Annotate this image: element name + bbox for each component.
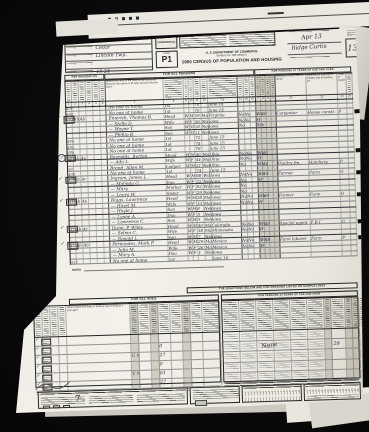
cell-rel: Head xyxy=(166,174,186,179)
column-header-microprint xyxy=(164,79,182,99)
sample-header-microprint xyxy=(346,299,351,327)
sample-cell xyxy=(151,343,159,351)
census-page: IowaCedarLincoln Twp.16-24 CONFIDENTIAL … xyxy=(0,0,369,432)
cell-cl xyxy=(341,213,350,218)
cell-cl xyxy=(340,164,349,169)
option-cell-microprint xyxy=(242,353,256,358)
column-header-microprint xyxy=(271,76,274,95)
column-question: What kind of business or industry was he… xyxy=(306,73,336,84)
sample-column-header xyxy=(239,300,257,330)
sample-header-microprint xyxy=(257,301,272,329)
cell-bp: Iowa xyxy=(212,216,242,221)
sample-cell xyxy=(191,351,203,359)
cell-sex: F xyxy=(192,201,195,206)
pencil-checkmark: ✓ xyxy=(59,198,63,204)
cell-ind xyxy=(310,186,341,191)
cell-cl xyxy=(339,120,348,125)
cell-rel: Wife xyxy=(166,158,175,163)
sample-option-cell xyxy=(224,352,241,362)
cell-rel: Head xyxy=(166,152,186,157)
cell-ind xyxy=(308,136,339,141)
sample-column-header xyxy=(202,301,221,332)
sample-cell xyxy=(51,346,59,354)
sample-header-microprint xyxy=(191,303,201,331)
sample-option-cell xyxy=(241,372,258,382)
cell-bp: Ohio xyxy=(210,161,240,166)
cell-cl xyxy=(339,136,348,141)
cell-age: 38 xyxy=(197,195,202,200)
cell-ind: F B I xyxy=(311,218,342,223)
cell-rel: Son xyxy=(165,130,173,135)
cell-cl: P xyxy=(338,109,341,114)
cell-cl: G xyxy=(342,218,351,223)
sample-cell xyxy=(204,377,222,386)
cell-bp: Ohio xyxy=(210,150,240,155)
cell-race: W xyxy=(187,212,191,217)
cell-rel: Wife xyxy=(165,119,185,124)
option-cell-microprint xyxy=(276,352,290,357)
cell-ind xyxy=(311,224,342,229)
sample-column-header xyxy=(290,299,308,329)
cell-ind xyxy=(307,104,338,109)
sample-option-cell xyxy=(361,368,369,378)
cell-sex: M xyxy=(190,130,194,135)
cell-name: No one at home xyxy=(111,256,169,262)
sample-header-microprint xyxy=(131,305,137,333)
cell-x xyxy=(348,131,354,136)
cell-bp: Iowa xyxy=(211,189,241,194)
cell-x xyxy=(350,185,356,190)
cell-x xyxy=(350,202,356,207)
cell-race: W xyxy=(186,163,190,168)
cell-ind xyxy=(309,147,340,152)
column-header-microprint xyxy=(256,77,259,96)
cell-x xyxy=(350,191,356,196)
sample-header-microprint xyxy=(360,298,369,326)
cell-age: 46 xyxy=(196,152,201,157)
cell-sex: F xyxy=(191,157,194,162)
cell-age: 33 xyxy=(197,201,202,206)
footer-microprint xyxy=(307,394,359,400)
sample-option-cell xyxy=(258,372,275,382)
cell-mar: Ma xyxy=(205,222,212,227)
scanned-census-sheet: IowaCedarLincoln Twp.16-24 CONFIDENTIAL … xyxy=(0,0,369,432)
sample-option-cell xyxy=(275,371,292,381)
sample-option-cell xyxy=(292,371,309,381)
cell-cl: P xyxy=(342,235,351,240)
cell-bp: Iowa xyxy=(211,194,241,199)
cell-occ: Special agent xyxy=(280,219,311,224)
cell-race: W xyxy=(188,223,192,228)
sample-header-microprint xyxy=(59,307,65,335)
caption-microprint xyxy=(290,56,330,59)
sample-column-header xyxy=(138,303,151,333)
cell-x xyxy=(351,245,357,250)
cell-rel: Wife xyxy=(168,245,177,250)
sample-cell xyxy=(184,351,192,359)
pencil-checkmark: ✓ xyxy=(35,338,39,343)
cell-x xyxy=(348,114,354,119)
cell-cl xyxy=(338,103,347,108)
cell-mar: Ma xyxy=(205,228,212,233)
punch-dot xyxy=(363,366,366,369)
cell-cl xyxy=(340,180,349,185)
sample-column-header xyxy=(190,302,203,332)
cell-x xyxy=(349,152,355,157)
sample-cell: 0 xyxy=(159,334,171,342)
cell-mar: Ma xyxy=(204,195,211,200)
sample-header-microprint xyxy=(325,299,330,327)
sample-cell: 0 xyxy=(160,352,172,360)
sample-cell xyxy=(52,355,60,363)
cell-x xyxy=(349,180,355,185)
cell-age: 78 xyxy=(195,146,200,151)
cell-rel: Head xyxy=(168,239,188,244)
column-header-microprint xyxy=(208,77,236,97)
sample-column-header xyxy=(158,303,171,333)
column-question: Class of worker xyxy=(337,73,345,83)
cell-e1: H xyxy=(257,117,261,122)
confidential-label: CONFIDENTIAL xyxy=(157,41,176,45)
cell-ind xyxy=(310,180,341,185)
cell-m2: As xyxy=(81,155,86,160)
punch-dot xyxy=(363,354,366,357)
cell-race: W xyxy=(188,239,192,244)
cell-bp: Iowa xyxy=(210,172,240,177)
cell-cl: O xyxy=(340,169,349,174)
sample-cell xyxy=(140,361,152,369)
cell-x xyxy=(351,240,357,245)
sample-cell: U h xyxy=(131,344,139,352)
cell-bp: Iowa xyxy=(209,128,239,133)
cell-x xyxy=(349,174,355,179)
column-question: What kind of work was he doing? xyxy=(275,74,305,82)
cell-x xyxy=(348,125,354,130)
sample-cell xyxy=(151,334,159,342)
cell-occ xyxy=(278,148,309,153)
cell-race: W xyxy=(187,190,191,195)
option-cell-microprint xyxy=(310,351,324,356)
cell-occ xyxy=(279,208,310,213)
cell-rel: 1st xyxy=(164,108,184,113)
cell-rel: 1st xyxy=(164,103,184,108)
cell-sex: F xyxy=(192,190,195,195)
cell-x xyxy=(350,207,356,212)
sample-cell xyxy=(140,379,152,387)
cell-rel: Dau xyxy=(169,251,177,256)
cell-occ xyxy=(277,116,308,121)
cell-bp: Minnesota xyxy=(212,227,242,232)
cell-bp: June 16 xyxy=(213,255,229,260)
sample-cell: 27 xyxy=(160,370,172,378)
cell-rel: Son xyxy=(165,125,173,130)
column-header-microprint xyxy=(244,77,248,96)
instruction-microprint xyxy=(181,35,226,47)
edge-tab-mark xyxy=(357,192,363,196)
sample-cell: V h xyxy=(132,362,140,370)
cell-age: 29 xyxy=(198,239,203,244)
cell-age: 72 xyxy=(195,135,200,140)
cell-e1: H xyxy=(259,199,263,204)
sample-left-table: What country and State or Territory was … xyxy=(33,300,221,387)
edge-tab-mark xyxy=(358,235,364,239)
cell-age: 29 xyxy=(197,190,202,195)
cell-e1: H xyxy=(258,177,262,182)
cell-ind xyxy=(312,251,343,256)
cell-cl xyxy=(338,98,347,103)
field-caption-microprint xyxy=(67,70,93,73)
cell-age: 74 xyxy=(195,141,200,146)
notes-rule xyxy=(84,267,224,272)
sample-row-stamp xyxy=(41,347,51,354)
cell-occ: Farmer xyxy=(278,170,309,175)
footer-grid xyxy=(245,396,300,402)
cell-bp: Iowa xyxy=(209,118,239,123)
cell-x xyxy=(351,229,357,234)
cell-race: W xyxy=(189,250,193,255)
sample-cell xyxy=(184,369,192,377)
sample-option-cell xyxy=(361,358,369,368)
cell-cl xyxy=(341,185,350,190)
sample-header-microprint xyxy=(151,304,157,332)
sample-option-cell xyxy=(333,359,347,369)
sample-option-cell xyxy=(292,350,309,360)
cell-bp: Iowa xyxy=(211,183,241,188)
column-header-microprint xyxy=(347,74,351,93)
pencil-scribble xyxy=(33,377,73,394)
sample-cell xyxy=(171,343,183,351)
sample-option-cell xyxy=(275,361,292,371)
column-header-microprint xyxy=(184,79,187,98)
sample-option-cell xyxy=(309,370,326,380)
sample-right-table: None29 xyxy=(221,296,360,382)
sample-cell xyxy=(140,370,152,378)
field-caption-microprint xyxy=(66,39,92,42)
footer-shaded-cell xyxy=(195,400,207,406)
cell-occ xyxy=(279,187,310,192)
sample-cell xyxy=(152,379,160,387)
cell-name: No one at home xyxy=(111,258,148,264)
cell-ind xyxy=(308,131,339,136)
cell-bp: Colorado xyxy=(212,221,242,226)
cell-age: 74 xyxy=(196,168,201,173)
option-cell-microprint xyxy=(241,333,255,338)
column-header xyxy=(346,73,353,94)
cell-race: W xyxy=(184,114,188,119)
cell-rel: Son xyxy=(165,125,185,130)
cell-rel: Dau xyxy=(169,250,189,255)
cell-e1: H xyxy=(260,243,264,248)
sample-option-cell xyxy=(360,348,369,358)
column-question: What is the name of the head of this hou… xyxy=(105,79,162,90)
cell-x xyxy=(350,213,356,218)
sample-column-header xyxy=(331,298,346,328)
cell-bp: Iowa xyxy=(211,205,241,210)
sample-option-cell xyxy=(308,329,325,339)
cell-bp: June 15 xyxy=(209,134,239,139)
cell-x xyxy=(352,251,358,256)
cell-ind xyxy=(311,240,342,245)
sample-cell xyxy=(192,360,204,368)
cell-bp: June 14 xyxy=(208,107,238,112)
sample-cell xyxy=(132,371,140,379)
sample-cell xyxy=(152,352,160,360)
column-header-microprint xyxy=(93,82,98,101)
cell-cl xyxy=(340,174,349,179)
column-header-microprint xyxy=(72,82,77,101)
cell-sex: M xyxy=(191,163,195,168)
cell-ind xyxy=(309,164,340,169)
cell-sex: M xyxy=(192,206,196,211)
cell-x xyxy=(347,103,353,108)
column-header-microprint xyxy=(100,81,104,100)
sample-title: THE QUESTIONS BELOW ARE FOR PERSONS LIST… xyxy=(219,285,326,291)
option-cell-microprint xyxy=(259,363,273,368)
sample-cell xyxy=(51,337,59,345)
cell-race: W xyxy=(186,152,190,157)
sample-cell xyxy=(183,333,191,341)
cell-occ xyxy=(279,214,310,219)
cell-rel: Wife xyxy=(167,201,176,206)
cell-bp: June 15 xyxy=(209,145,239,150)
pencil-checkmark: ✓ xyxy=(58,176,62,182)
option-cell-microprint xyxy=(224,333,238,338)
cell-rel: Son xyxy=(168,218,176,223)
sample-option-cell xyxy=(291,340,308,350)
sample-option-cell xyxy=(223,342,240,352)
cell-m2: Ab xyxy=(83,242,89,247)
sample-header-microprint xyxy=(308,299,323,327)
cell-bp: Virginia xyxy=(208,112,238,117)
cell-sex: M xyxy=(191,152,195,157)
sample-cell xyxy=(152,361,160,369)
cell-cl xyxy=(341,202,350,207)
cell-rel: 1st xyxy=(165,136,185,141)
cell-ind xyxy=(307,98,338,103)
cell-mar: Ma xyxy=(203,151,210,156)
cell-rel: 1st xyxy=(164,109,170,114)
punch-dot xyxy=(362,342,365,345)
sample-option-cell xyxy=(333,369,347,379)
sample-header-microprint xyxy=(240,301,255,329)
pencil-checkmark: ✓ xyxy=(58,154,66,162)
cell-m2: Ab xyxy=(79,117,85,122)
sample-cell xyxy=(203,350,221,359)
cell-ind xyxy=(311,246,342,251)
cell-race: W xyxy=(188,234,192,239)
sample-option-cell xyxy=(241,362,258,372)
cell-rel: 1st xyxy=(164,103,170,108)
cell-bp: June 15 xyxy=(210,167,240,172)
sample-option-cell xyxy=(333,349,347,359)
cell-x xyxy=(349,163,355,168)
handwritten-mark: 7 xyxy=(74,394,81,405)
cell-occ xyxy=(279,181,310,186)
cell-cl: P xyxy=(340,158,343,163)
cell-sex: F xyxy=(194,250,197,255)
form-number-box: FORM P1 xyxy=(156,51,178,69)
sample-cell xyxy=(59,346,67,354)
sample-header-microprint xyxy=(332,299,344,327)
cell-sex: F xyxy=(192,185,195,190)
cell-sex: M xyxy=(191,174,195,179)
band-households-label: FOR HOUSEHOLDS xyxy=(72,76,97,79)
column-header-microprint xyxy=(261,77,264,96)
cell-bp: Iowa xyxy=(210,178,240,183)
sample-cell xyxy=(172,369,184,377)
option-cell-microprint xyxy=(225,364,239,369)
option-cell-microprint xyxy=(224,344,238,349)
cell-ind xyxy=(310,208,341,213)
cell-age: 44 xyxy=(196,157,201,162)
footer-instructions-right-2 xyxy=(304,382,361,401)
cell-age: 70 xyxy=(194,102,199,107)
cell-bp: Iowa xyxy=(211,210,241,215)
cell-age: 8 xyxy=(197,206,200,211)
cell-rel: Son xyxy=(168,218,188,223)
option-cell-microprint xyxy=(275,332,289,337)
cell-rel: Lodger xyxy=(166,163,186,168)
cell-race: W xyxy=(187,185,191,190)
sample-option-cell xyxy=(309,360,326,370)
table-body: 401No one at home1st70June 14402No one a… xyxy=(65,98,358,265)
cell-sex: F xyxy=(192,212,195,217)
column-header: What kind of business or industry was he… xyxy=(306,73,338,95)
cell-occ: Carpenter xyxy=(276,110,307,115)
option-cell-microprint xyxy=(259,353,273,358)
cell-age: 38 xyxy=(198,228,203,233)
cell-x xyxy=(349,169,355,174)
cell-rel: Son xyxy=(167,207,175,212)
sample-cell xyxy=(132,353,140,361)
cell-ind: Farm xyxy=(311,235,342,240)
sample-cell xyxy=(131,335,139,343)
cell-ind: Farm xyxy=(310,191,341,196)
cell-m1: W9 xyxy=(72,117,79,122)
option-cell-microprint xyxy=(293,362,307,367)
footer-microprint xyxy=(137,393,185,402)
cell-bp: Ohio xyxy=(210,156,240,161)
sample-cell xyxy=(204,368,222,377)
cell-x xyxy=(351,223,357,228)
field-caption-microprint xyxy=(66,46,92,49)
sample-header-microprint xyxy=(183,303,189,331)
sample-cell xyxy=(192,378,204,386)
cell-rel: Wife xyxy=(168,228,188,233)
cell-x xyxy=(350,196,356,201)
sample-cell xyxy=(139,343,151,351)
sample-column-header xyxy=(170,303,183,333)
cell-cl xyxy=(342,240,351,245)
sample-option-cell xyxy=(291,330,308,340)
column-header xyxy=(207,76,238,98)
cell-rel: Mother xyxy=(167,185,187,190)
option-cell-microprint xyxy=(225,354,239,359)
cell-age: 70 xyxy=(194,108,199,113)
sample-question: What country and State or Territory was … xyxy=(66,304,129,314)
cell-rel: Son xyxy=(168,234,176,239)
sample-header-microprint xyxy=(159,304,169,332)
cell-bp: Iowa xyxy=(211,200,221,205)
cell-m1: Ab xyxy=(76,226,82,231)
instruction-block xyxy=(179,32,275,49)
footer-cell xyxy=(43,405,50,409)
cell-race: W xyxy=(186,174,190,179)
cell-age: 32 xyxy=(196,179,201,184)
sample-cell xyxy=(172,361,184,369)
cell-cl xyxy=(342,246,351,251)
pencil-checkmark: ✓ xyxy=(35,347,39,352)
